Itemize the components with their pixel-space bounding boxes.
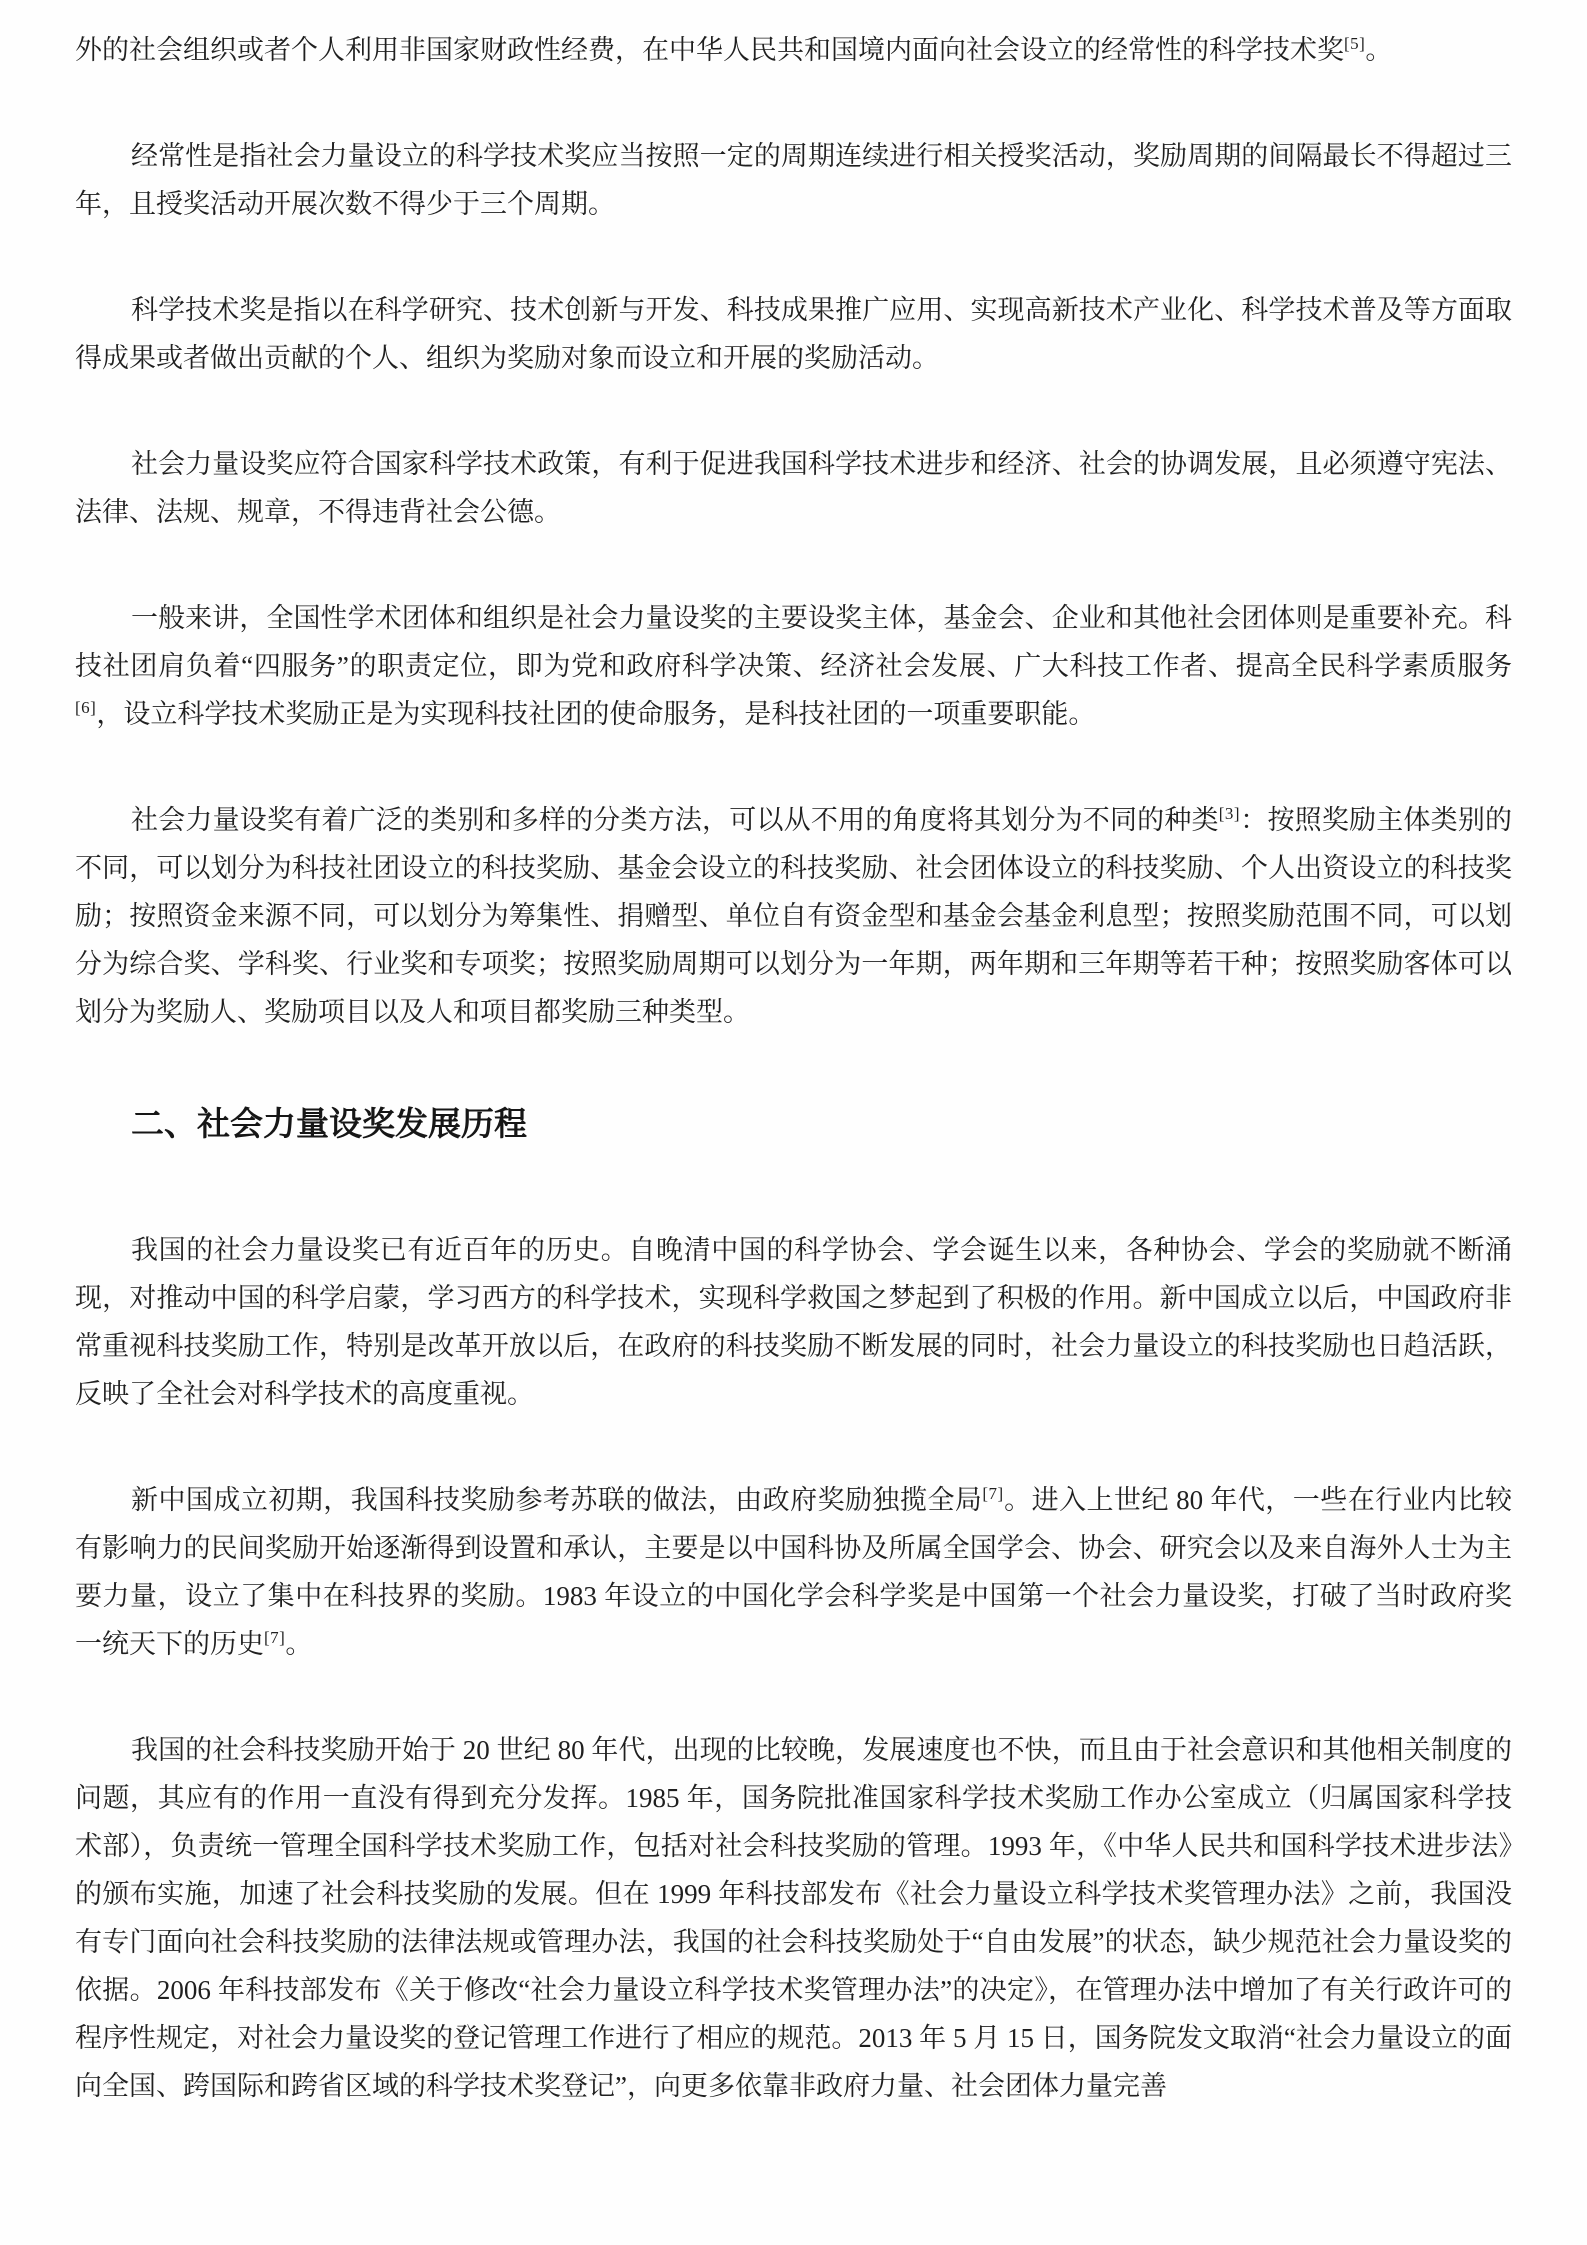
footnote-ref-3: [3] <box>1219 804 1240 823</box>
section-heading-development-history: 二、社会力量设奖发展历程 <box>75 1100 1512 1148</box>
paragraph-award-subjects: 一般来讲，全国性学术团体和组织是社会力量设奖的主要设奖主体，基金会、企业和其他社… <box>75 594 1512 738</box>
footnote-ref-5: [5] <box>1344 34 1365 53</box>
paragraph-periodicity: 经常性是指社会力量设立的科学技术奖应当按照一定的周期连续进行相关授奖活动，奖励周… <box>75 132 1512 228</box>
paragraph-text: 新中国成立初期，我国科技奖励参考苏联的做法，由政府奖励独揽全局 <box>131 1485 982 1515</box>
paragraph-continuation: 外的社会组织或者个人利用非国家财政性经费，在中华人民共和国境内面向社会设立的经常… <box>75 26 1512 74</box>
paragraph-sci-tech-award-definition: 科学技术奖是指以在科学研究、技术创新与开发、科技成果推广应用、实现高新技术产业化… <box>75 286 1512 382</box>
paragraph-text: 我国的社会科技奖励开始于 20 世纪 80 年代，出现的比较晚，发展速度也不快，… <box>75 1735 1512 2101</box>
paragraph-text: ：按照奖励主体类别的不同，可以划分为科技社团设立的科技奖励、基金会设立的科技奖励… <box>75 805 1512 1027</box>
paragraph-text: 经常性是指社会力量设立的科学技术奖应当按照一定的周期连续进行相关授奖活动，奖励周… <box>75 141 1512 219</box>
paragraph-classification: 社会力量设奖有着广泛的类别和多样的分类方法，可以从不用的角度将其划分为不同的种类… <box>75 796 1512 1036</box>
paragraph-text: 。 <box>285 1629 312 1659</box>
paragraph-text: 科学技术奖是指以在科学研究、技术创新与开发、科技成果推广应用、实现高新技术产业化… <box>75 295 1512 373</box>
paragraph-text: 外的社会组织或者个人利用非国家财政性经费，在中华人民共和国境内面向社会设立的经常… <box>75 35 1344 65</box>
footnote-ref-7b: [7] <box>264 1628 285 1647</box>
paragraph-text: 社会力量设奖有着广泛的类别和多样的分类方法，可以从不用的角度将其划分为不同的种类 <box>131 805 1219 835</box>
paragraph-text: 。 <box>1365 35 1392 65</box>
footnote-ref-7a: [7] <box>982 1484 1003 1503</box>
paragraph-text: ，设立科学技术奖励正是为实现科技社团的使命服务，是科技社团的一项重要职能。 <box>96 699 1095 729</box>
paragraph-text: 社会力量设奖应符合国家科学技术政策，有利于促进我国科学技术进步和经济、社会的协调… <box>75 449 1512 527</box>
paragraph-history-overview: 我国的社会力量设奖已有近百年的历史。自晚清中国的科学协会、学会诞生以来，各种协会… <box>75 1226 1512 1418</box>
paragraph-text: 我国的社会力量设奖已有近百年的历史。自晚清中国的科学协会、学会诞生以来，各种协会… <box>75 1235 1512 1409</box>
document-page: 外的社会组织或者个人利用非国家财政性经费，在中华人民共和国境内面向社会设立的经常… <box>0 0 1587 2245</box>
footnote-ref-6: [6] <box>75 698 96 717</box>
paragraph-regulation-history: 我国的社会科技奖励开始于 20 世纪 80 年代，出现的比较晚，发展速度也不快，… <box>75 1726 1512 2110</box>
paragraph-early-prc: 新中国成立初期，我国科技奖励参考苏联的做法，由政府奖励独揽全局[7]。进入上世纪… <box>75 1476 1512 1668</box>
paragraph-policy-compliance: 社会力量设奖应符合国家科学技术政策，有利于促进我国科学技术进步和经济、社会的协调… <box>75 440 1512 536</box>
paragraph-text: 一般来讲，全国性学术团体和组织是社会力量设奖的主要设奖主体，基金会、企业和其他社… <box>75 603 1512 681</box>
